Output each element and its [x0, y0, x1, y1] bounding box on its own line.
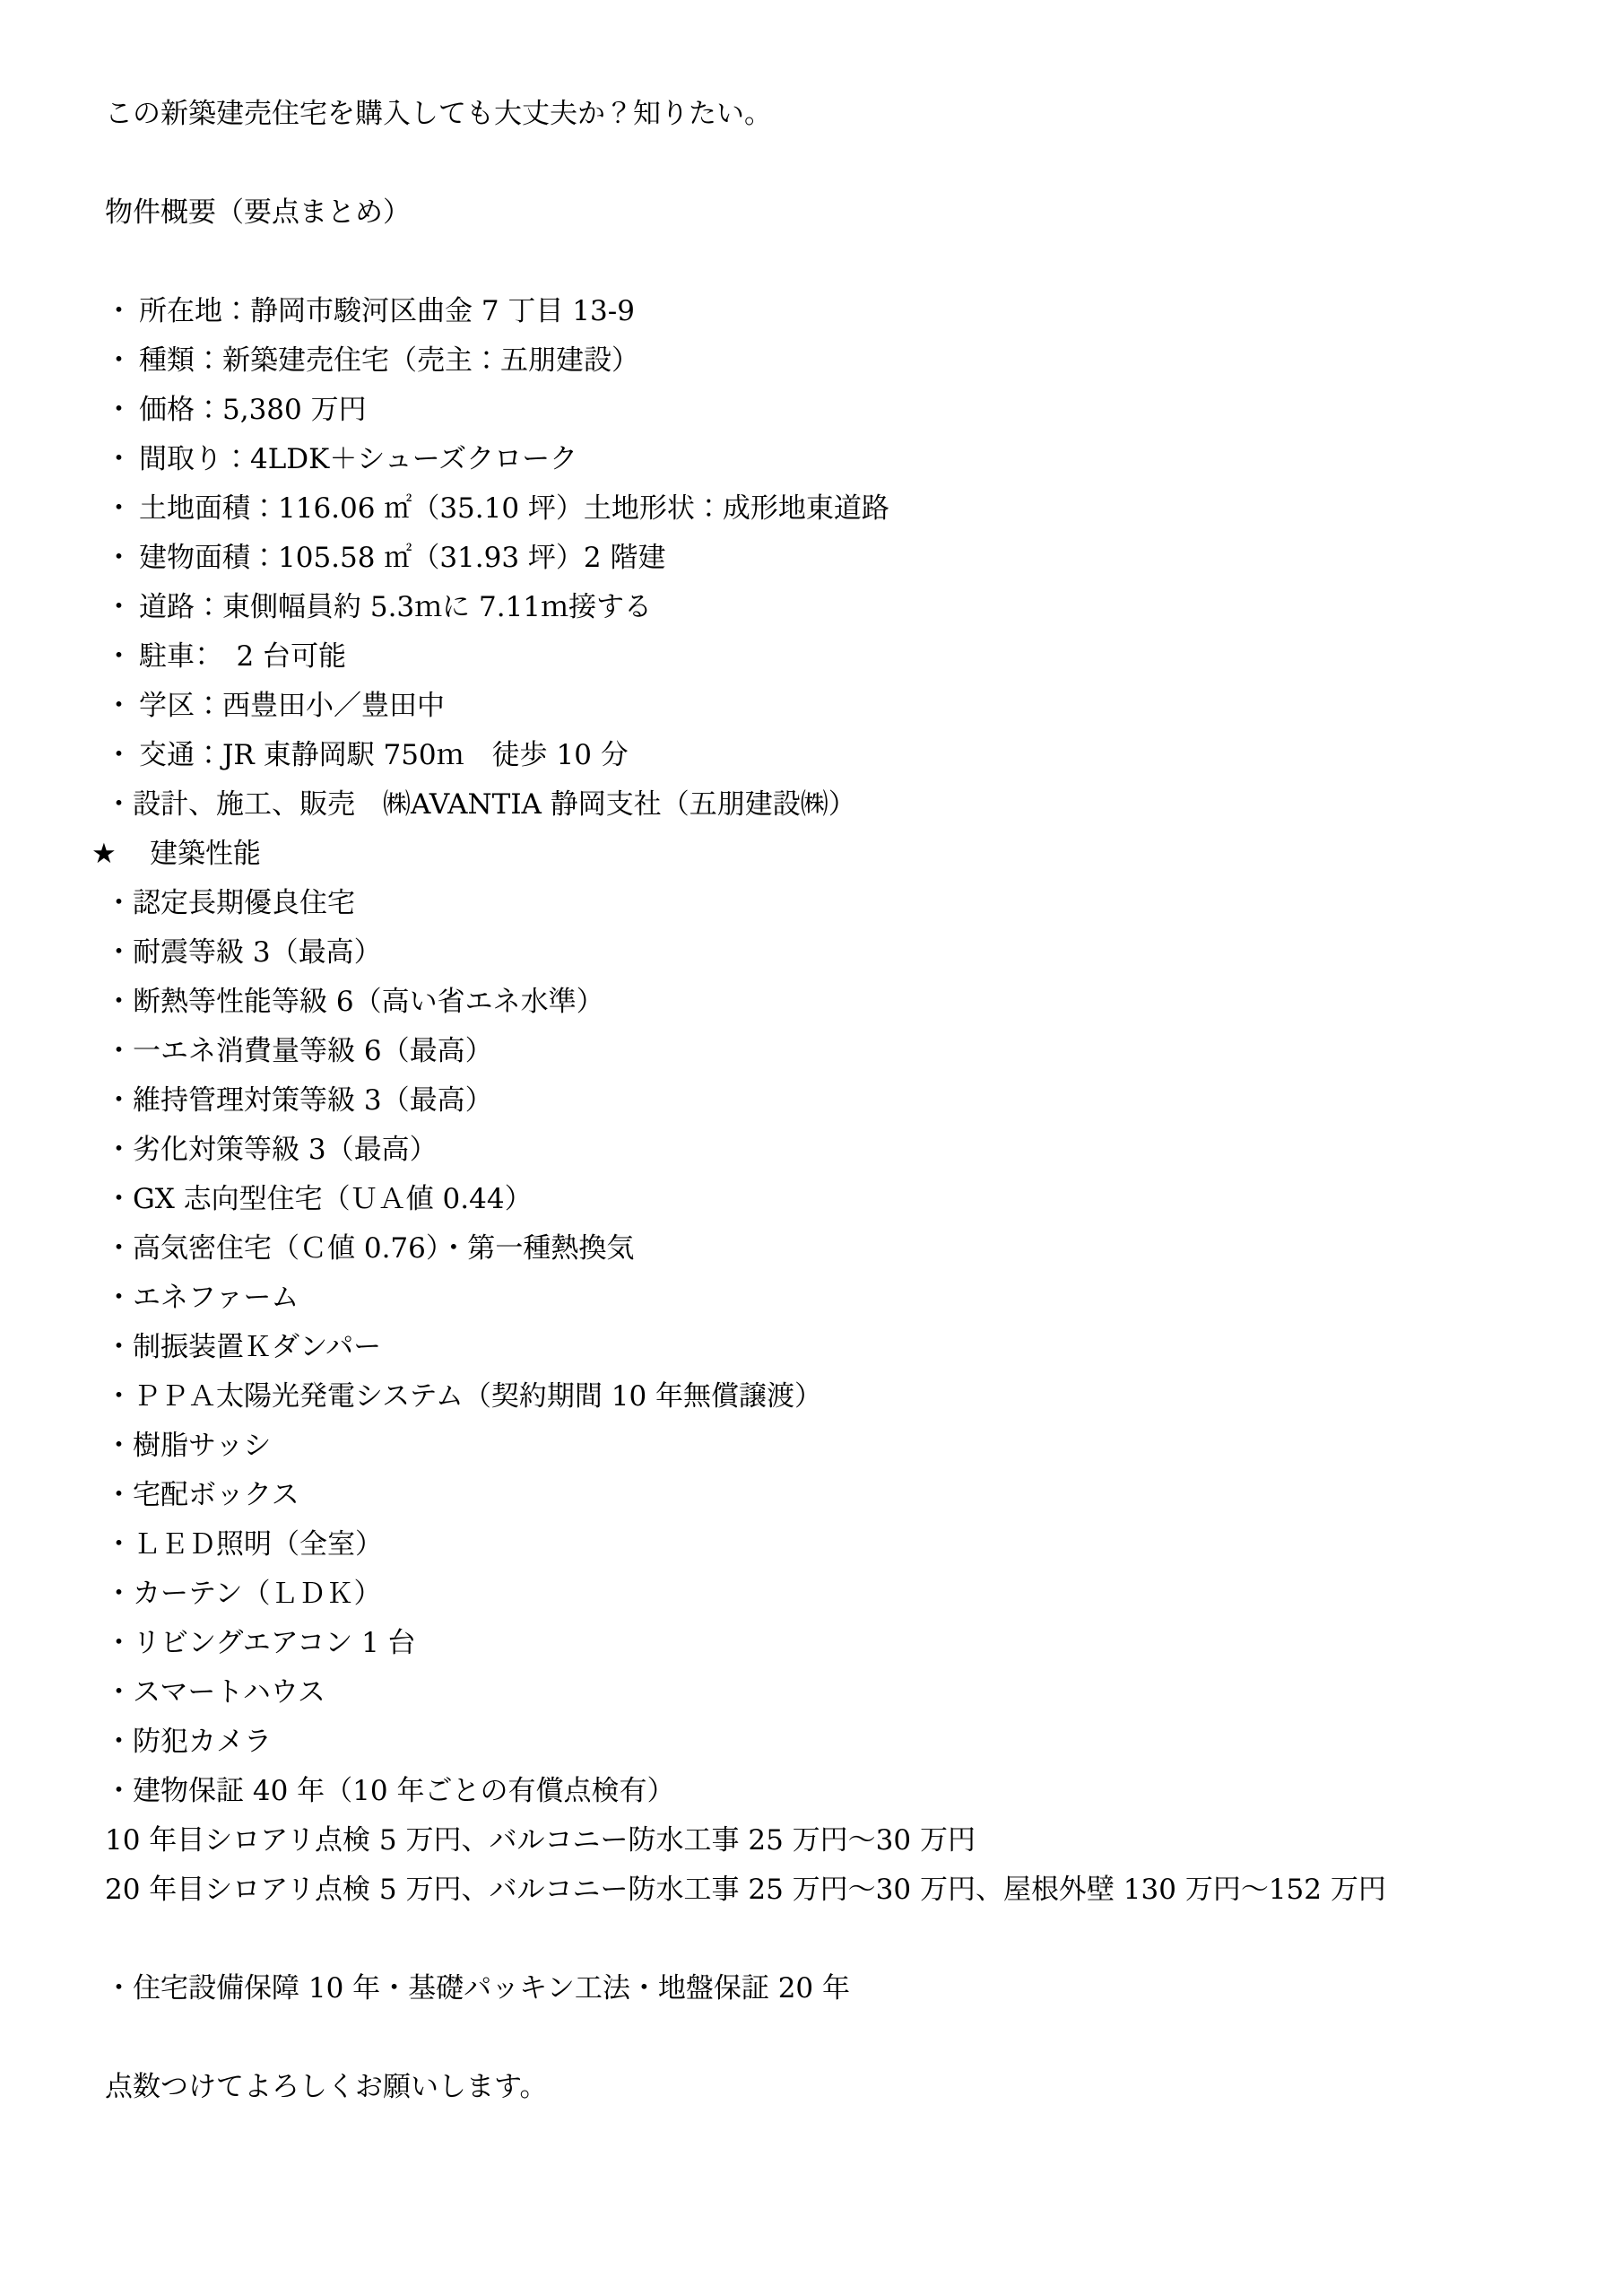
star-icon: ★: [91, 830, 150, 879]
bullet-icon: ・: [105, 534, 139, 583]
maintenance-cost-line-20yr: 20 年目シロアリ点検 5 万円、バルコニー防水工事 25 万円～30 万円、屋…: [105, 1865, 1514, 1915]
overview-item-text: 建物面積：105.58 ㎡（31.93 坪）2 階建: [139, 542, 666, 574]
closing-line: 点数つけてよろしくお願いします。: [105, 2063, 1514, 2112]
overview-item-parking: ・駐車： 2 台可能: [105, 632, 1514, 682]
overview-item-text: 間取り：4LDK＋シューズクローク: [139, 443, 577, 475]
overview-item-text: 交通：JR 東静岡駅 750ｍ 徒歩 10 分: [139, 739, 629, 771]
performance-item: ・断熱等性能等級 6（高い省エネ水準）: [105, 978, 1514, 1027]
overview-item-text: 学区：西豊田小／豊田中: [139, 690, 445, 722]
bullet-icon: ・: [105, 287, 139, 336]
overview-item-text: 種類：新築建売住宅（売主：五朋建設）: [139, 344, 639, 377]
overview-item-access: ・交通：JR 東静岡駅 750ｍ 徒歩 10 分: [105, 731, 1514, 780]
performance-item: ・制振装置Ｋダンパー: [105, 1323, 1514, 1372]
overview-item-land-area: ・土地面積：116.06 ㎡（35.10 坪）土地形状：成形地東道路: [105, 484, 1514, 534]
performance-item: ・認定長期優良住宅: [105, 879, 1514, 928]
question-line: この新築建売住宅を購入しても大丈夫か？知りたい。: [105, 90, 1514, 139]
performance-item: ・ＰＰＡ太陽光発電システム（契約期間 10 年無償譲渡）: [105, 1372, 1514, 1422]
design-build-sales-line: ・設計、施工、販売 ㈱AVANTIA 静岡支社（五朋建設㈱）: [105, 780, 1514, 830]
performance-section-header: ★建築性能: [91, 830, 1514, 879]
blank-line: [105, 1915, 1514, 1964]
performance-item: ・エネファーム: [105, 1274, 1514, 1323]
performance-item: ・樹脂サッシ: [105, 1422, 1514, 1471]
blank-line: [105, 238, 1514, 287]
blank-line: [105, 139, 1514, 188]
performance-section-title: 建築性能: [150, 838, 261, 870]
performance-item: ・耐震等級 3（最高）: [105, 928, 1514, 978]
performance-item: ・ＬＥＤ照明（全室）: [105, 1520, 1514, 1570]
overview-item-text: 土地面積：116.06 ㎡（35.10 坪）土地形状：成形地東道路: [139, 492, 889, 525]
performance-item: ・宅配ボックス: [105, 1471, 1514, 1520]
maintenance-cost-line-10yr: 10 年目シロアリ点検 5 万円、バルコニー防水工事 25 万円～30 万円: [105, 1816, 1514, 1865]
bullet-icon: ・: [105, 583, 139, 632]
overview-item-price: ・価格：5,380 万円: [105, 386, 1514, 435]
blank-line: [105, 2013, 1514, 2063]
bullet-icon: ・: [105, 386, 139, 435]
bullet-icon: ・: [105, 682, 139, 731]
performance-item: ・高気密住宅（Ｃ値 0.76）・第一種熱換気: [105, 1224, 1514, 1274]
overview-item-type: ・種類：新築建売住宅（売主：五朋建設）: [105, 336, 1514, 386]
performance-item: ・建物保証 40 年（10 年ごとの有償点検有）: [105, 1767, 1514, 1816]
overview-item-text: 価格：5,380 万円: [139, 394, 367, 426]
bullet-icon: ・: [105, 632, 139, 682]
overview-item-text: 所在地：静岡市駿河区曲金 7 丁目 13-9: [139, 295, 635, 327]
document-page: この新築建売住宅を購入しても大丈夫か？知りたい。 物件概要（要点まとめ） ・所在…: [0, 0, 1622, 2296]
overview-item-road: ・道路：東側幅員約 5.3ｍに 7.11ｍ接する: [105, 583, 1514, 632]
performance-item: ・GX 志向型住宅（ＵＡ値 0.44）: [105, 1175, 1514, 1224]
performance-item: ・一エネ消費量等級 6（最高）: [105, 1027, 1514, 1076]
overview-item-location: ・所在地：静岡市駿河区曲金 7 丁目 13-9: [105, 287, 1514, 336]
bullet-icon: ・: [105, 484, 139, 534]
overview-item-school: ・学区：西豊田小／豊田中: [105, 682, 1514, 731]
overview-item-floorplan: ・間取り：4LDK＋シューズクローク: [105, 435, 1514, 484]
performance-item: ・劣化対策等級 3（最高）: [105, 1126, 1514, 1175]
section-title: 物件概要（要点まとめ）: [105, 188, 1514, 238]
warranty-line: ・住宅設備保障 10 年・基礎パッキン工法・地盤保証 20 年: [105, 1964, 1514, 2013]
performance-item: ・リビングエアコン 1 台: [105, 1619, 1514, 1668]
performance-item: ・カーテン（ＬＤＫ）: [105, 1570, 1514, 1619]
bullet-icon: ・: [105, 336, 139, 386]
performance-item: ・スマートハウス: [105, 1668, 1514, 1718]
bullet-icon: ・: [105, 435, 139, 484]
performance-item: ・防犯カメラ: [105, 1718, 1514, 1767]
bullet-icon: ・: [105, 731, 139, 780]
overview-item-building-area: ・建物面積：105.58 ㎡（31.93 坪）2 階建: [105, 534, 1514, 583]
performance-item: ・維持管理対策等級 3（最高）: [105, 1076, 1514, 1126]
overview-item-text: 駐車： 2 台可能: [139, 640, 346, 673]
overview-item-text: 道路：東側幅員約 5.3ｍに 7.11ｍ接する: [139, 591, 652, 623]
